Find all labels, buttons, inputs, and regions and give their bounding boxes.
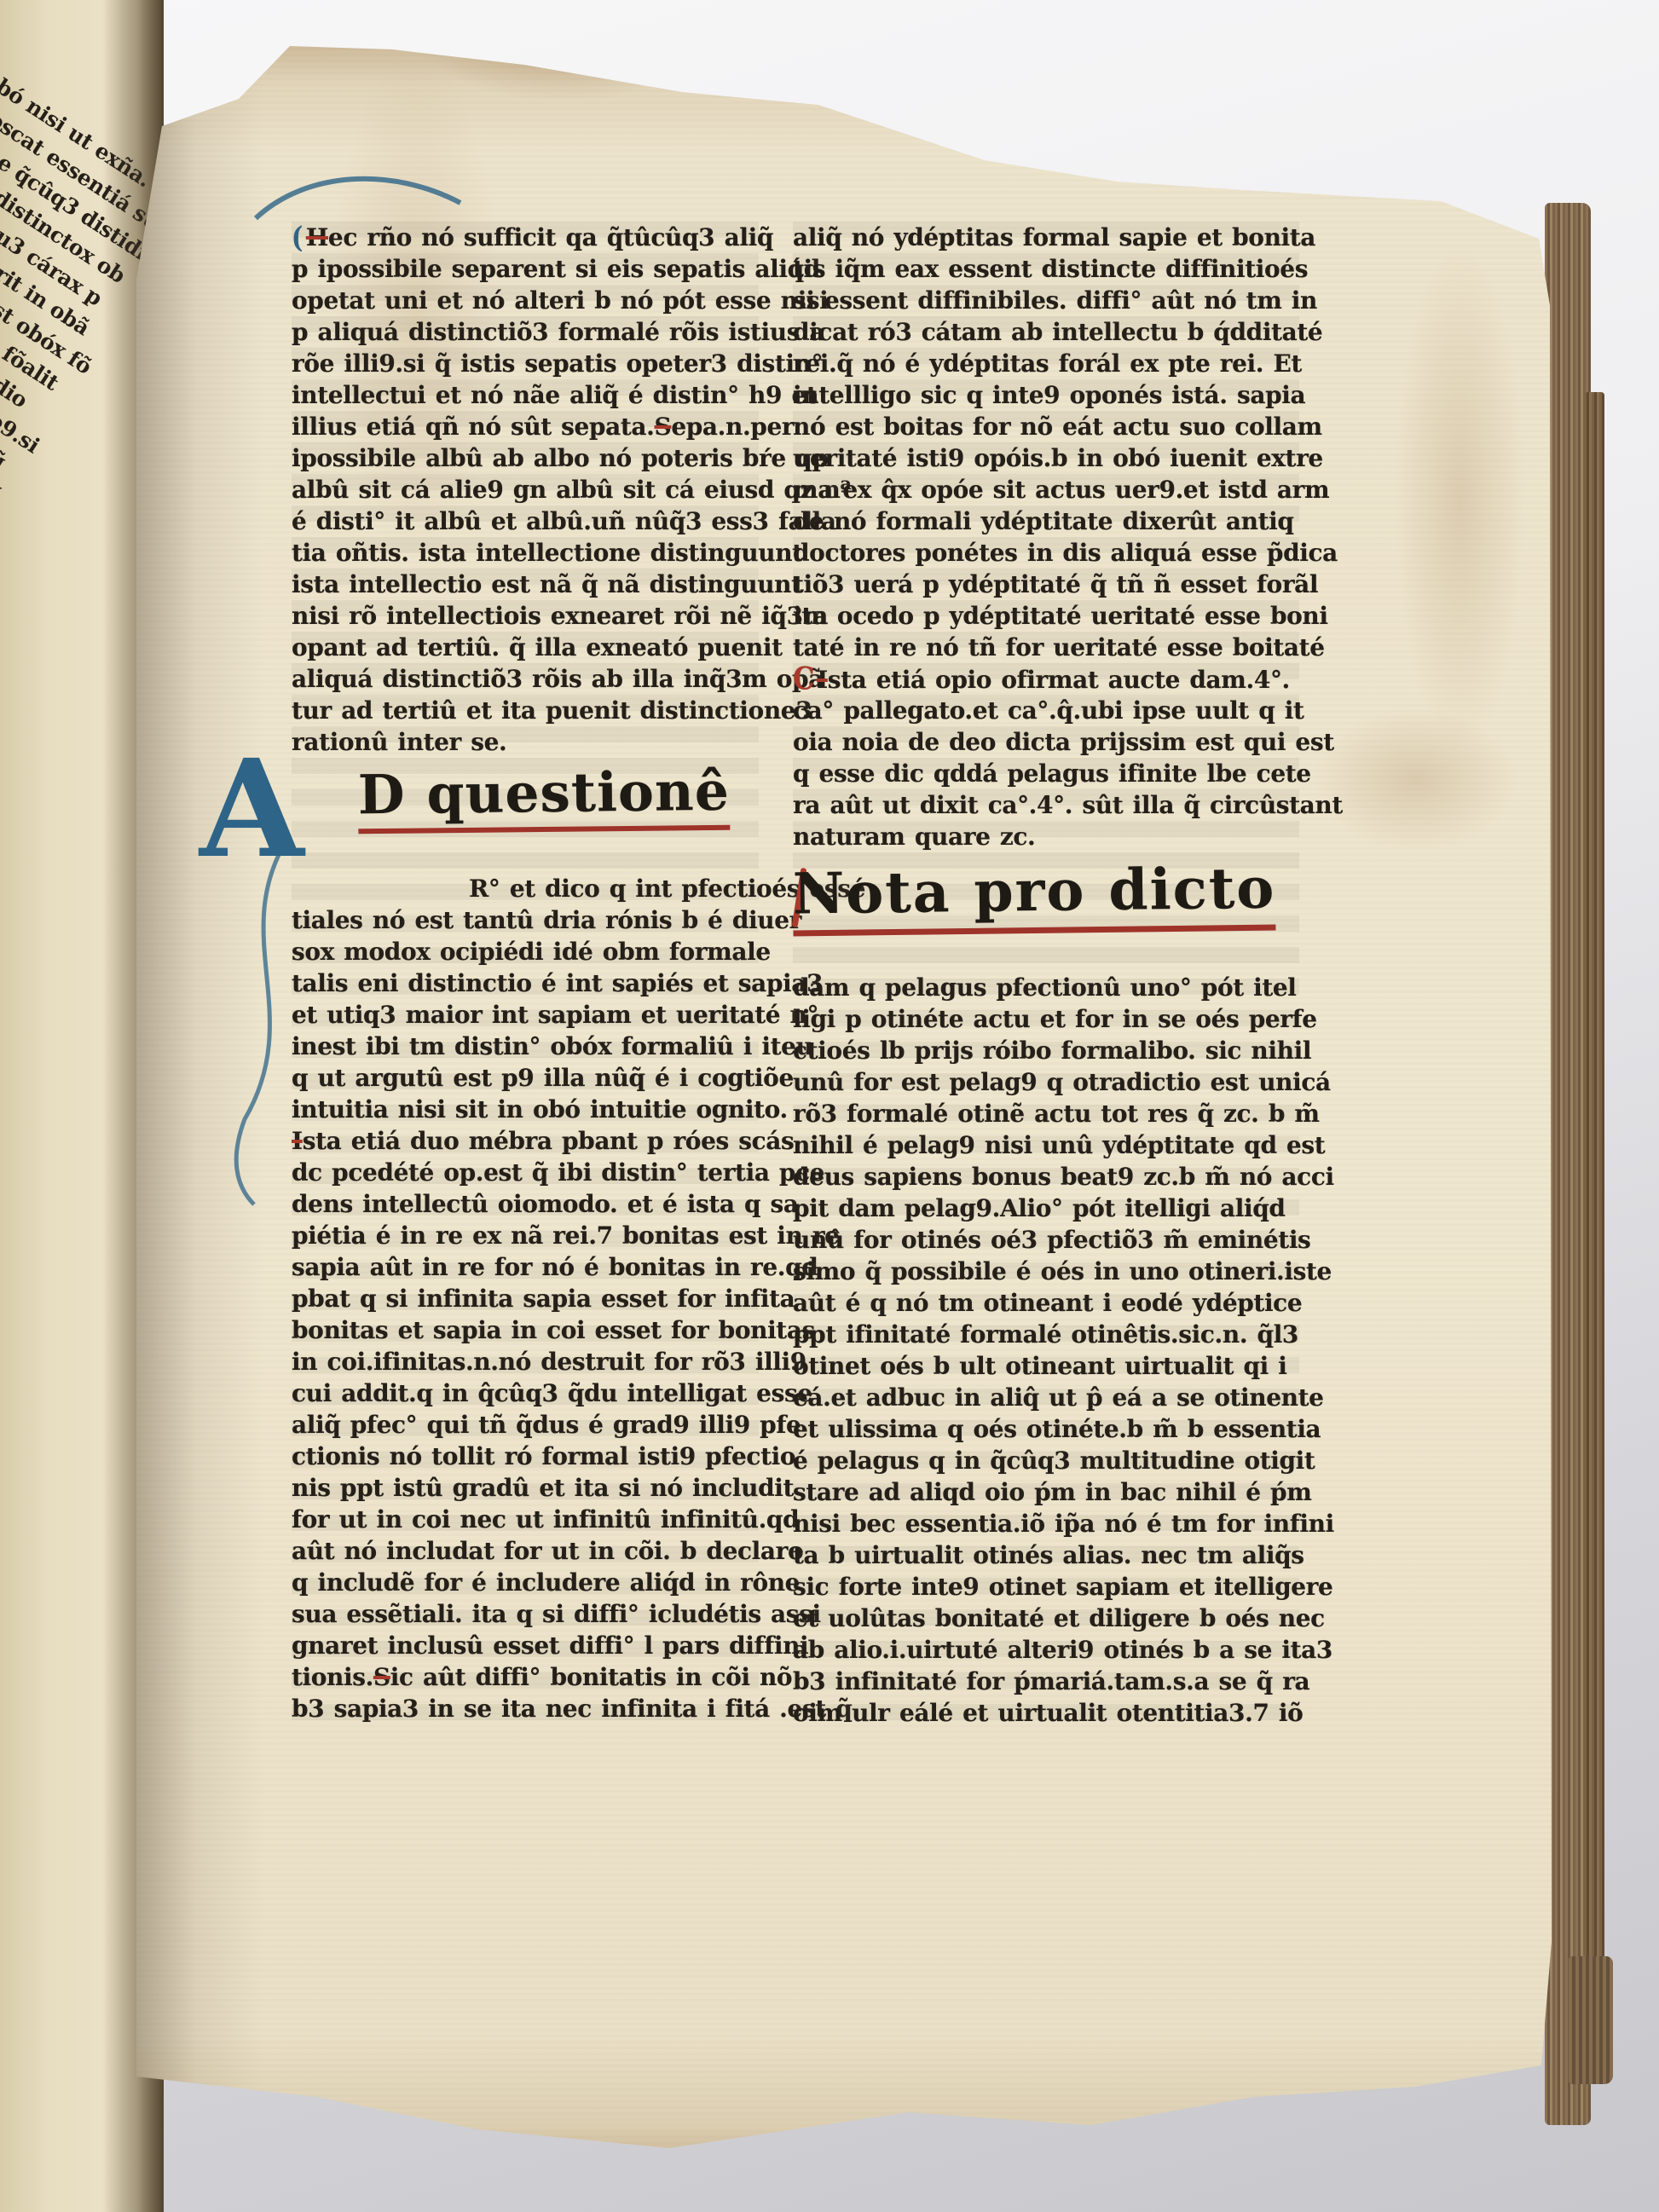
main-page: (Hec rño nó sufficit qa q̃tûcûq3 aliq̃p … <box>136 24 1607 2185</box>
text-line: dicat ró3 cátam ab intellectu b q́dditat… <box>793 316 1299 348</box>
text-line: ab alio.i.uirtuté alteri9 otinés b a se … <box>793 1634 1299 1666</box>
text-line: CIsta etiá opio ofirmat aucte dam.4°. <box>793 663 1299 695</box>
text-line: tur ad tertiû et ita puenit distinctione… <box>292 695 759 726</box>
text-line: tiales nó est tantû dria rónis b é diuer <box>292 904 759 936</box>
text-line: oia noia de deo dicta prijssim est qui e… <box>793 726 1299 758</box>
text-line: ppt ifinitaté formalé otinêtis.sic.n. q̃… <box>793 1319 1299 1350</box>
blue-flourish-top <box>247 152 486 237</box>
text-line: intellectui et nó nãe aliq̃ é distin° h9… <box>292 379 759 411</box>
column-1-lower-text: tiales nó est tantû dria rónis b é diuer… <box>292 904 759 1724</box>
text-line: ligi p otinéte actu et for in se oés per… <box>793 1003 1299 1035</box>
text-line: bonitas et sapia in coi esset for bonita… <box>292 1314 759 1346</box>
text-line: opant ad tertiû. q̃ illa exneató puenit <box>292 632 759 663</box>
heading-nota-pro-dicto-text: Nota pro dicto <box>793 860 1276 937</box>
text-line: ma ex q̂x opóe sit actus uer9.et istd ar… <box>793 474 1299 505</box>
text-line: ra aût ut dixit ca°.4°. sût illa q̃ circ… <box>793 789 1299 821</box>
column-2-upper-text: aliq̃ nó ydéptitas formal sapie et bonit… <box>793 222 1299 852</box>
text-line: sapia aût in re for nó é bonitas in re.q… <box>292 1251 759 1283</box>
text-line: rõ3 formalé otinẽ actu tot res q̃ zc. b … <box>793 1098 1299 1129</box>
response-line: R° et dico q int pfectioés essé <box>292 873 759 904</box>
text-line: aliq̃ nó ydéptitas formal sapie et bonit… <box>793 222 1299 253</box>
text-line: pit dam pelag9.Alio° pót itelligi aliq́d <box>793 1193 1299 1224</box>
text-line: q includẽ for é includere aliq́d in rône <box>292 1567 759 1598</box>
text-line: in coi.ifinitas.n.nó destruit for rõ3 il… <box>292 1346 759 1377</box>
heading-ad-questionem-text: D questionê <box>358 765 731 835</box>
text-line: piétia é in re ex nã rei.7 bonitas est i… <box>292 1220 759 1251</box>
fore-edge-notch <box>1569 1956 1613 2084</box>
text-line: albû sit cá alie9 gn albû sit cá eiusd q… <box>292 474 759 505</box>
text-line: Ista etiá duo mébra pbant p róes scás <box>292 1125 759 1157</box>
text-line: intuitia nisi sit in obó intuitie ognito… <box>292 1094 759 1125</box>
text-line: dam q pelagus pfectionû uno° pót itel <box>793 972 1299 1003</box>
heading-nota-pro-dicto: Nota pro dicto <box>793 859 1299 968</box>
text-line: stare ad aliqd oio ṕm in bac nihil é ṕm <box>793 1476 1299 1508</box>
text-line: rei.q̃ nó é ydéptitas forál ex pte rei. … <box>793 348 1299 379</box>
column-2: aliq̃ nó ydéptitas formal sapie et bonit… <box>793 222 1299 1729</box>
text-line: é pelagus q in q̃cûq3 multitudine otigit <box>793 1445 1299 1476</box>
text-line: cui addit.q in q̂cûq3 q̃du intelligat es… <box>292 1377 759 1409</box>
text-line: nisi rõ intellectiois exnearet rõi nẽ iq… <box>292 600 759 632</box>
text-line: talis eni distinctio é int sapiés et sap… <box>292 967 759 999</box>
text-line: aliq̃ pfec° qui tñ q̃dus é grad9 illi9 p… <box>292 1409 759 1441</box>
text-line: q esse dic qddá pelagus ifinite lbe cete <box>793 758 1299 789</box>
text-line: sox modox ocipiédi idé obm formale <box>292 936 759 967</box>
text-line: tionis.Sic aût diffi° bonitatis in cõi n… <box>292 1661 759 1693</box>
text-line: taté in re nó tñ for ueritaté esse boita… <box>793 632 1299 663</box>
text-line: naturam quare zc. <box>793 821 1299 852</box>
text-line: p aliquá distinctiõ3 formalé rõis istius… <box>292 316 759 348</box>
text-line: for ut in coi nec ut infinitû infinitû.q… <box>292 1504 759 1535</box>
text-line: ista intellectio est nã q̃ nã distinguun… <box>292 569 759 600</box>
text-line: aliquá distinctiõ3 rõis ab illa inq̃3m o… <box>292 663 759 695</box>
text-line: tiõ3 uerá p ydéptitaté q̃ tñ ñ esset for… <box>793 569 1299 600</box>
text-line: é disti° it albû et albû.uñ nûq̃3 ess3 f… <box>292 505 759 537</box>
text-line: nihil é pelag9 nisi unû ydéptitate qd es… <box>793 1129 1299 1161</box>
text-line: nisi bec essentia.iõ ip̃a nó é tm for in… <box>793 1508 1299 1539</box>
text-line: b3 sapia3 in se ita nec infinita i fitá … <box>292 1693 759 1724</box>
text-line: q ut argutû est p9 illa nûq̃ é i cogtiõe <box>292 1062 759 1094</box>
heading-ad-questionem: A D questionê <box>292 761 759 868</box>
text-line: et ulissima q oés otinéte.b m̃ b essenti… <box>793 1413 1299 1445</box>
text-line: opetat uni et nó alteri b nó pót esse ni… <box>292 285 759 316</box>
text-line: otinet oés b ult otineant uirtualit qi i <box>793 1350 1299 1382</box>
blue-penwork-flourish <box>223 846 351 1213</box>
text-line: ctioés lb prijs róibo formalibo. sic nih… <box>793 1035 1299 1066</box>
text-line: rationû inter se. <box>292 726 759 758</box>
text-line: ca° pallegato.et ca°.q̂.ubi ipse uult q … <box>793 695 1299 726</box>
text-line: deus sapiens bonus beat9 zc.b m̃ nó acci <box>793 1161 1299 1193</box>
text-line: tis iq̃m eax essent distincte diffinitio… <box>793 253 1299 285</box>
text-line: ita ocedo p ydéptitaté ueritaté esse bon… <box>793 600 1299 632</box>
text-line: p ipossibile separent si eis sepatis ali… <box>292 253 759 285</box>
column-2-lower-text: dam q pelagus pfectionû uno° pót itellig… <box>793 972 1299 1729</box>
text-line: illius etiá qñ nó sût sepata.Sepa.n.per <box>292 411 759 442</box>
text-line: unû for otinés oé3 pfectiõ3 m̃ eminétis <box>793 1224 1299 1256</box>
text-line: oim ulr eálé et uirtualit otentitia3.7 i… <box>793 1697 1299 1729</box>
text-line: dens intellectû oiomodo. et é ista q sa <box>292 1188 759 1220</box>
text-line: nó est boitas for nõ eát actu suo collam <box>793 411 1299 442</box>
text-line: pbat q si infinita sapia esset for infit… <box>292 1283 759 1314</box>
text-line: sua essẽtiali. ita q si diffi° icludétis… <box>292 1598 759 1630</box>
photo-of-incunabulum: { "scene": { "description": "Photograph … <box>0 0 1659 2212</box>
text-line: intellligo sic q inte9 oponés istá. sapi… <box>793 379 1299 411</box>
text-line: eá.et adbuc in aliq̂ ut p̂ eá a se otine… <box>793 1382 1299 1413</box>
text-line: inest ibi tm distin° obóx formaliû i ite… <box>292 1031 759 1062</box>
text-line: de nó formali ydéptitate dixerût antiq <box>793 505 1299 537</box>
text-line: rõe illi9.si q̃ istis sepatis opeter3 di… <box>292 348 759 379</box>
text-line: aût é q nó tm otineant i eodé ydéptice <box>793 1287 1299 1319</box>
text-line: ta b uirtualit otinés alias. nec tm aliq… <box>793 1539 1299 1571</box>
text-line: nis ppt istû gradû et ita si nó includit <box>292 1472 759 1504</box>
text-line: unû for est pelag9 q otradictio est unic… <box>793 1066 1299 1098</box>
text-line: ctionis nó tollit ró formal isti9 pfecti… <box>292 1441 759 1472</box>
text-line: ipossibile albû ab albo nó poteris bŕe q… <box>292 442 759 474</box>
red-pilcrow: C <box>793 661 814 697</box>
column-1: (Hec rño nó sufficit qa q̃tûcûq3 aliq̃p … <box>292 222 759 1724</box>
text-line: gnaret inclusû esset diffi° l pars diffi… <box>292 1630 759 1661</box>
text-line: simo q̃ possibile é oés in uno otineri.i… <box>793 1256 1299 1287</box>
text-line: b3 infinitaté for ṕmariá.tam.s.a se q̃ r… <box>793 1666 1299 1697</box>
text-line: doctores ponétes in dis aliquá esse p̃di… <box>793 537 1299 569</box>
column-1-upper-text: (Hec rño nó sufficit qa q̃tûcûq3 aliq̃p … <box>292 222 759 758</box>
text-line: dc pcedété op.est q̃ ibi distin° tertia … <box>292 1157 759 1188</box>
text-line: tia oñtis. ista intellectione distinguun… <box>292 537 759 569</box>
text-line: si essent diffinibiles. diffi° aût nó tm… <box>793 285 1299 316</box>
text-line: aût nó includat for ut in cõi. b declaro <box>292 1535 759 1567</box>
text-line: ueritaté isti9 opóis.b in obó iuenit ext… <box>793 442 1299 474</box>
text-line: sic forte inte9 otinet sapiam et itellig… <box>793 1571 1299 1603</box>
text-line: et utiq3 maior int sapiam et ueritaté n° <box>292 999 759 1031</box>
fore-edge-step <box>1584 392 1604 2016</box>
text-line: et uolûtas bonitaté et diligere b oés ne… <box>793 1603 1299 1634</box>
